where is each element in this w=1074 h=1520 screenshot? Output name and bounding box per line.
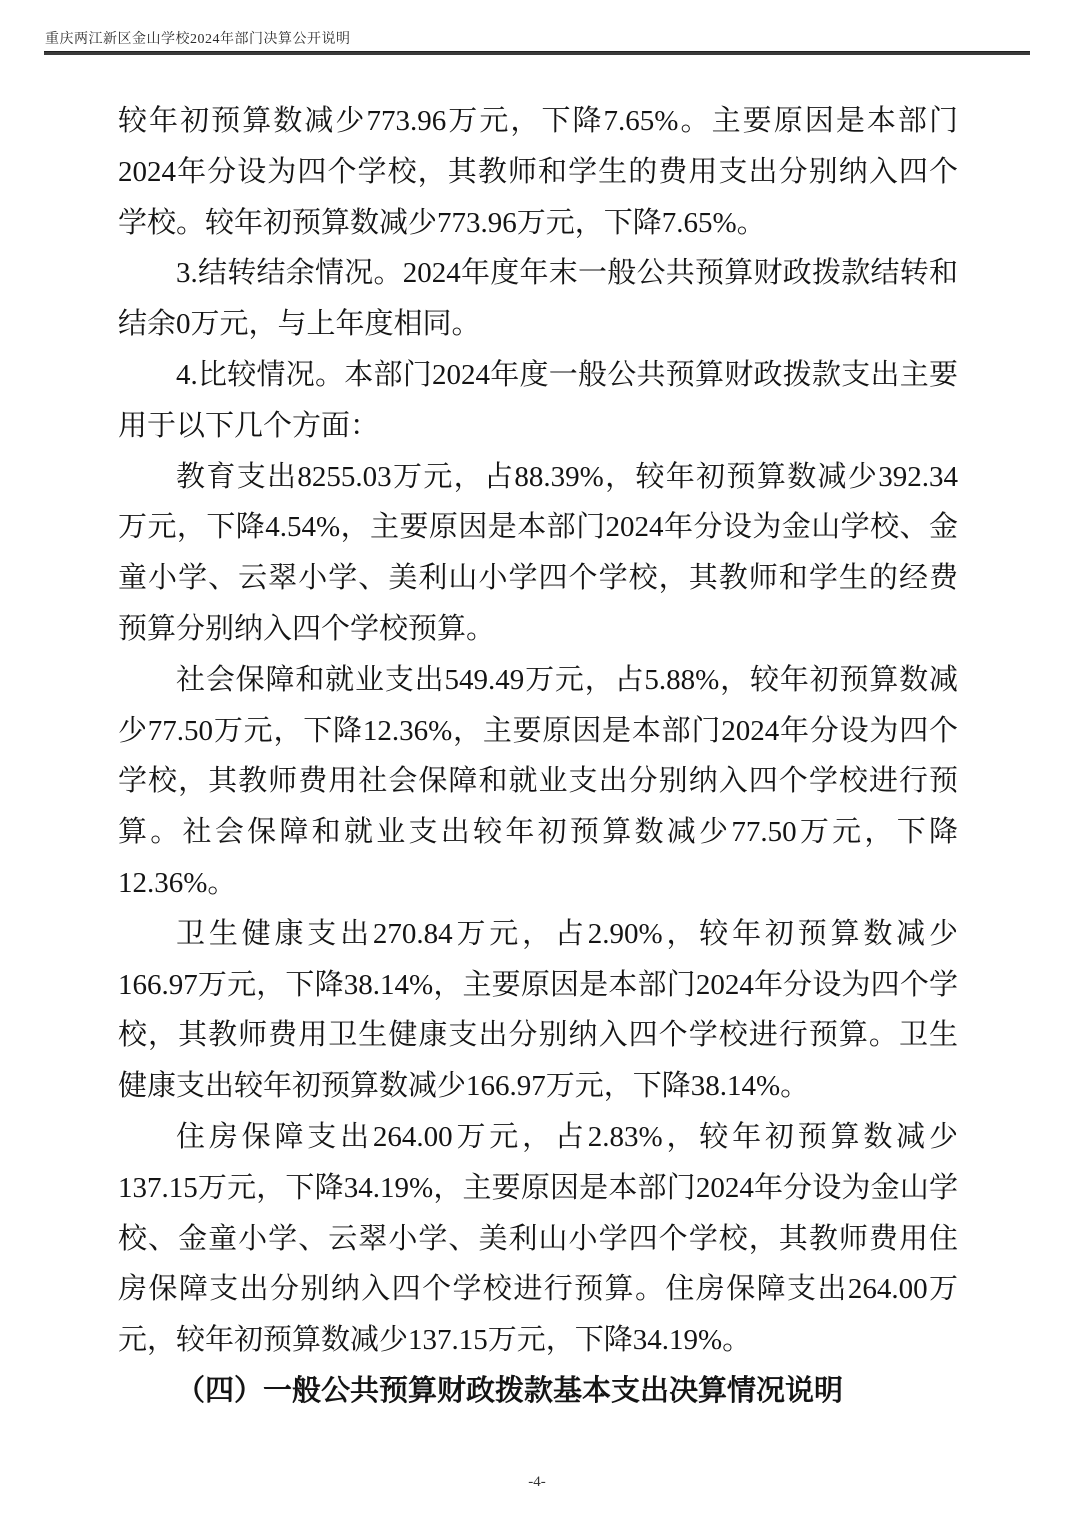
section-heading: （四）一般公共预算财政拨款基本支出决算情况说明 — [118, 1366, 958, 1417]
header-divider — [44, 51, 1030, 55]
page-footer: -4- — [0, 1474, 1074, 1491]
page-header: 重庆两江新区金山学校2024年部门决算公开说明 — [45, 28, 351, 48]
paragraph: 3.结转结余情况。2024年度年末一般公共预算财政拨款结转和结余0万元，与上年度… — [118, 248, 958, 350]
document-page: 重庆两江新区金山学校2024年部门决算公开说明 较年初预算数减少773.96万元… — [0, 0, 1074, 1520]
paragraph: 社会保障和就业支出549.49万元，占5.88%，较年初预算数减少77.50万元… — [118, 655, 958, 909]
paragraph: 教育支出8255.03万元，占88.39%，较年初预算数减少392.34万元，下… — [118, 452, 958, 655]
paragraph: 卫生健康支出270.84万元，占2.90%，较年初预算数减少166.97万元，下… — [118, 909, 958, 1112]
paragraph: 4.比较情况。本部门2024年度一般公共预算财政拨款支出主要用于以下几个方面： — [118, 350, 958, 452]
header-title: 重庆两江新区金山学校2024年部门决算公开说明 — [45, 32, 351, 47]
paragraph: 住房保障支出264.00万元，占2.83%，较年初预算数减少137.15万元，下… — [118, 1112, 958, 1366]
paragraph: 较年初预算数减少773.96万元，下降7.65%。主要原因是本部门2024年分设… — [118, 96, 958, 248]
document-body: 较年初预算数减少773.96万元，下降7.65%。主要原因是本部门2024年分设… — [118, 96, 958, 1417]
page-number: -4- — [528, 1474, 546, 1490]
